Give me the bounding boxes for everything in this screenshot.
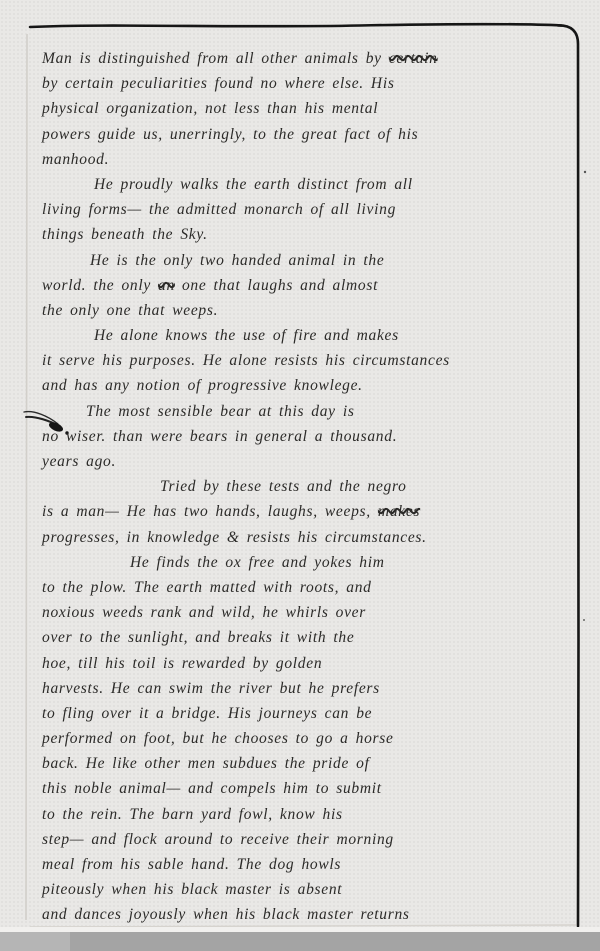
manuscript-line: He is the only two handed animal in the (42, 248, 567, 273)
handwritten-text: He finds the ox free and yokes him (130, 554, 385, 571)
handwritten-text: it serve his purposes. He alone resists … (42, 352, 450, 369)
handwritten-text: back. He like other men subdues the prid… (42, 755, 370, 772)
manuscript-line: by certain peculiarities found no where … (42, 71, 567, 96)
manuscript-line: it serve his purposes. He alone resists … (42, 348, 567, 373)
struck-text: makes (378, 503, 420, 520)
manuscript-line: manhood. (42, 147, 567, 172)
manuscript-line: things beneath the Sky. (42, 222, 567, 247)
handwritten-text: one that laughs and almost (175, 277, 378, 294)
manuscript-line: world. the only an one that laughs and a… (42, 273, 567, 298)
manuscript-line: years ago. (42, 449, 567, 474)
handwritten-text: manhood. (42, 151, 109, 168)
handwritten-text: He proudly walks the earth distinct from… (94, 176, 413, 193)
manuscript-line: piteously when his black master is absen… (42, 877, 567, 902)
manuscript-line: the only one that weeps. (42, 298, 567, 323)
handwritten-text: living forms— the admitted monarch of al… (42, 201, 396, 218)
manuscript-line: and dances joyously when his black maste… (42, 902, 567, 927)
handwritten-text: performed on foot, but he chooses to go … (42, 730, 394, 747)
page-left-edge (26, 34, 27, 920)
handwritten-text: this noble animal— and compels him to su… (42, 780, 382, 797)
page-top-edge (30, 24, 562, 27)
handwritten-text: to the rein. The barn yard fowl, know hi… (42, 806, 343, 823)
manuscript-line: harvests. He can swim the river but he p… (42, 676, 567, 701)
handwritten-text: by certain peculiarities found no where … (42, 75, 395, 92)
manuscript-line: Man is distinguished from all other anim… (42, 46, 567, 71)
handwritten-text: powers guide us, unerringly, to the grea… (42, 126, 418, 143)
manuscript-line: physical organization, not less than his… (42, 96, 567, 121)
manuscript-line: to the rein. The barn yard fowl, know hi… (42, 802, 567, 827)
manuscript-line: Tried by these tests and the negro (42, 474, 567, 499)
handwritten-text: step— and flock around to receive their … (42, 831, 394, 848)
handwritten-text: years ago. (42, 453, 116, 470)
manuscript-text: Man is distinguished from all other anim… (42, 46, 567, 928)
manuscript-line: meal from his sable hand. The dog howls (42, 852, 567, 877)
scanner-background-band-light (0, 932, 70, 951)
handwritten-text: hoe, till his toil is rewarded by golden (42, 655, 322, 672)
manuscript-line: powers guide us, unerringly, to the grea… (42, 122, 567, 147)
scanner-background-band (0, 932, 600, 951)
manuscript-line: He proudly walks the earth distinct from… (42, 172, 567, 197)
handwritten-text: noxious weeds rank and wild, he whirls o… (42, 604, 366, 621)
handwritten-text: progresses, in knowledge & resists his c… (42, 529, 427, 546)
manuscript-line: no wiser. than were bears in general a t… (42, 424, 567, 449)
manuscript-line: this noble animal— and compels him to su… (42, 776, 567, 801)
scan-speck (584, 171, 586, 173)
handwritten-text: to fling over it a bridge. His journeys … (42, 705, 372, 722)
manuscript-line: progresses, in knowledge & resists his c… (42, 525, 567, 550)
manuscript-line: to the plow. The earth matted with roots… (42, 575, 567, 600)
manuscript-line: He alone knows the use of fire and makes (42, 323, 567, 348)
handwritten-text: and dances joyously when his black maste… (42, 906, 410, 923)
manuscript-line: to fling over it a bridge. His journeys … (42, 701, 567, 726)
handwritten-text: and has any notion of progressive knowle… (42, 377, 363, 394)
handwritten-text: world. the only (42, 277, 158, 294)
handwritten-text: meal from his sable hand. The dog howls (42, 856, 341, 873)
manuscript-line: performed on foot, but he chooses to go … (42, 726, 567, 751)
handwritten-text: The most sensible bear at this day is (86, 403, 355, 420)
manuscript-line: back. He like other men subdues the prid… (42, 751, 567, 776)
manuscript-line: hoe, till his toil is rewarded by golden (42, 651, 567, 676)
manuscript-line: over to the sunlight, and breaks it with… (42, 625, 567, 650)
handwritten-text: Man is distinguished from all other anim… (42, 50, 389, 67)
handwritten-text: no wiser. than were bears in general a t… (42, 428, 397, 445)
handwritten-text: He alone knows the use of fire and makes (94, 327, 399, 344)
scan-speck (583, 619, 585, 621)
handwritten-text: the only one that weeps. (42, 302, 218, 319)
handwritten-text: things beneath the Sky. (42, 226, 208, 243)
handwritten-text: piteously when his black master is absen… (42, 881, 342, 898)
handwritten-text: is a man— He has two hands, laughs, weep… (42, 503, 378, 520)
manuscript-line: and has any notion of progressive knowle… (42, 373, 567, 398)
struck-text: certain (389, 50, 438, 67)
manuscript-line: The most sensible bear at this day is (42, 399, 567, 424)
handwritten-text: harvests. He can swim the river but he p… (42, 680, 380, 697)
manuscript-line: step— and flock around to receive their … (42, 827, 567, 852)
handwritten-text: physical organization, not less than his… (42, 100, 378, 117)
manuscript-line: living forms— the admitted monarch of al… (42, 197, 567, 222)
manuscript-line: is a man— He has two hands, laughs, weep… (42, 499, 567, 524)
handwritten-text: over to the sunlight, and breaks it with… (42, 629, 354, 646)
manuscript-line: noxious weeds rank and wild, he whirls o… (42, 600, 567, 625)
struck-text: an (158, 277, 175, 294)
manuscript-scan: Man is distinguished from all other anim… (0, 0, 600, 951)
handwritten-text: Tried by these tests and the negro (160, 478, 407, 495)
handwritten-text: He is the only two handed animal in the (90, 252, 384, 269)
manuscript-line: He finds the ox free and yokes him (42, 550, 567, 575)
handwritten-text: to the plow. The earth matted with roots… (42, 579, 372, 596)
